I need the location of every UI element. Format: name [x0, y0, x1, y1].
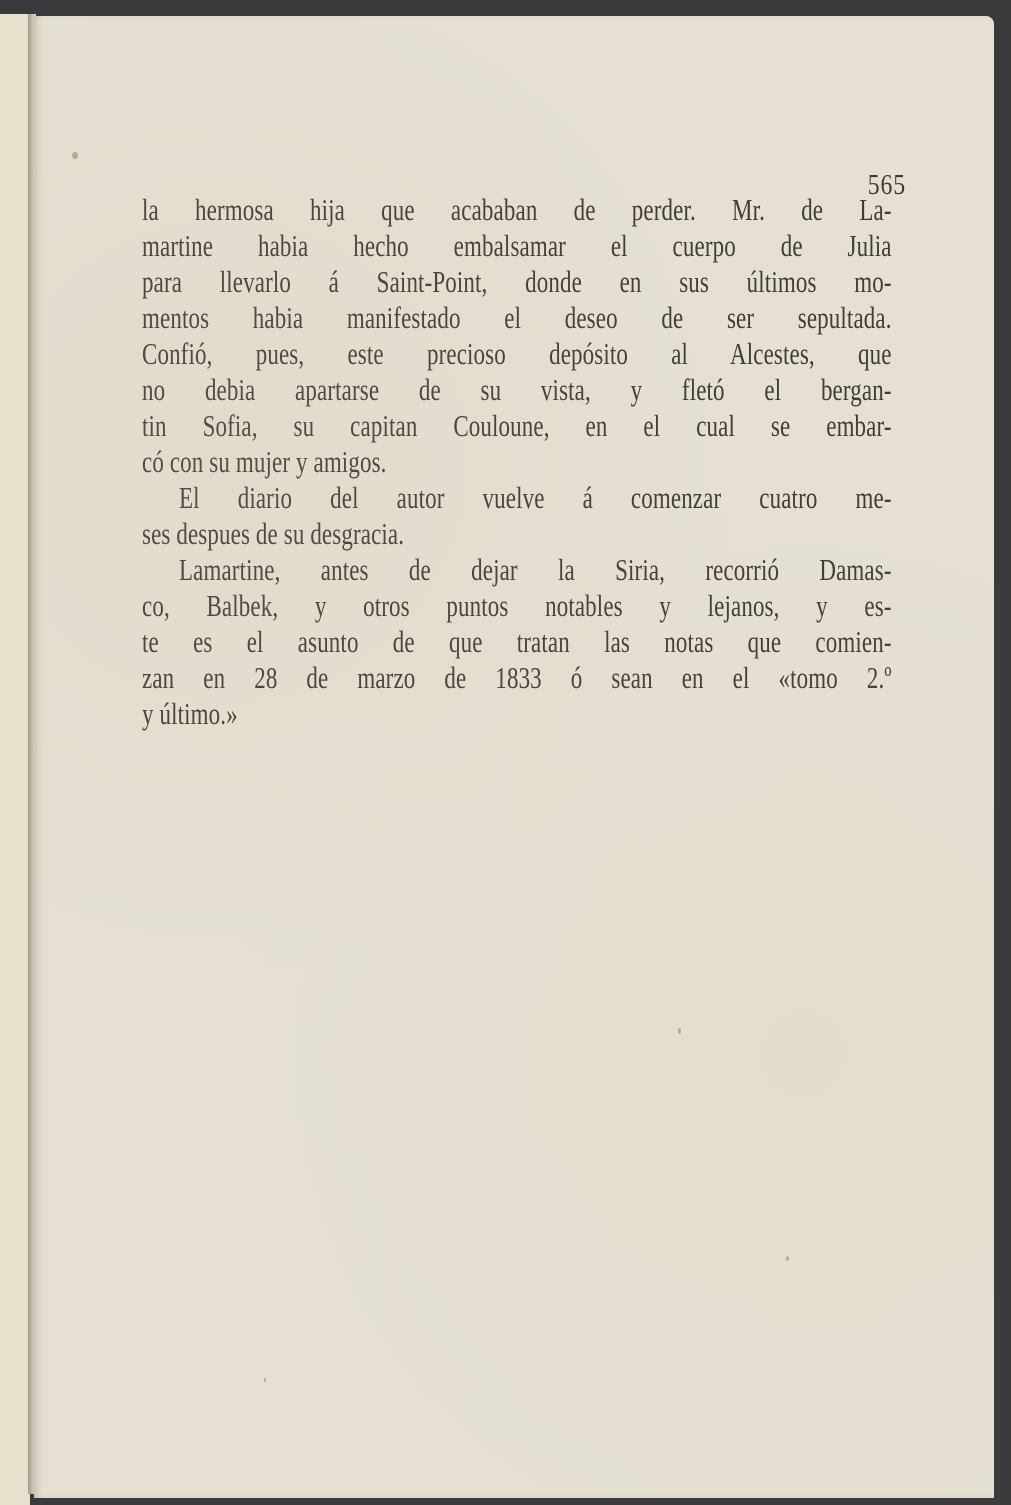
text-line: Confió, pues, este precioso depósito al … — [142, 336, 892, 372]
text-line: zan en 28 de marzo de 1833 ó sean en el … — [142, 660, 892, 696]
text-line: te es el asunto de que tratan las notas … — [142, 624, 892, 660]
text-line: mentos habia manifestado el deseo de ser… — [142, 300, 892, 336]
text-line: y último.» — [142, 696, 892, 732]
paper-speck — [678, 1028, 681, 1034]
text-line: Lamartine, antes de dejar la Siria, reco… — [142, 552, 892, 588]
scan-background-top — [0, 0, 1011, 16]
text-line: co, Balbek, y otros puntos notables y le… — [142, 588, 892, 624]
book-page: 565 la hermosa hija que acababan de perd… — [34, 16, 994, 1498]
text-line: có con su mujer y amigos. — [142, 444, 892, 480]
text-line: ses despues de su desgracia. — [142, 516, 892, 552]
text-line: para llevarlo á Saint-Point, donde en su… — [142, 264, 892, 300]
text-line: martine habia hecho embalsamar el cuerpo… — [142, 228, 892, 264]
paper-speck — [264, 1378, 266, 1382]
text-line: no debia apartarse de su vista, y fletó … — [142, 372, 892, 408]
text-line: tin Sofia, su capitan Couloune, en el cu… — [142, 408, 892, 444]
paper-speck — [786, 1256, 789, 1261]
text-line: El diario del autor vuelve á comenzar cu… — [142, 480, 892, 516]
text-line: la hermosa hija que acababan de perder. … — [142, 192, 892, 228]
body-text: la hermosa hija que acababan de perder. … — [142, 192, 892, 732]
paper-speck — [72, 152, 78, 159]
previous-page-edge — [0, 14, 30, 1505]
